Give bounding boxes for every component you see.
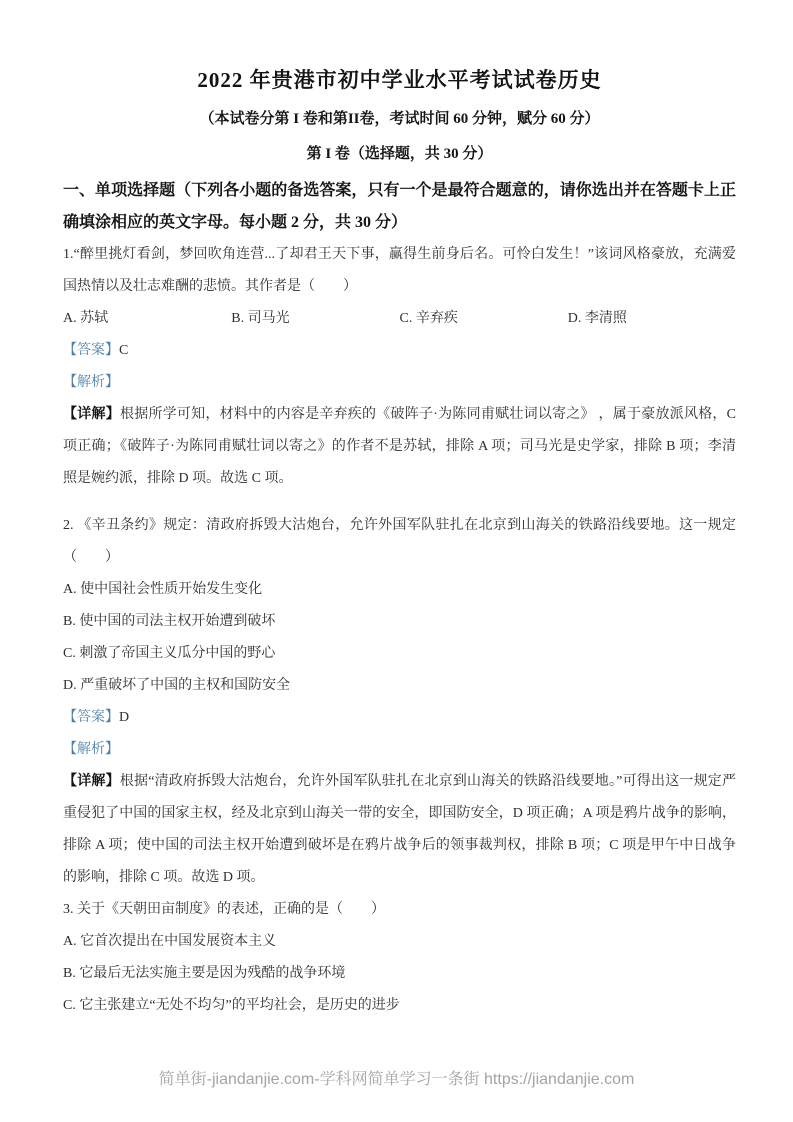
answer-value: C bbox=[119, 343, 128, 358]
question-stem: 3. 关于《天朝田亩制度》的表述，正确的是（ ） bbox=[63, 894, 736, 926]
detail-label: 【详解】 bbox=[63, 774, 120, 789]
option-item: C. 刺激了帝国主义瓜分中国的野心 bbox=[63, 638, 736, 670]
exam-info-line: （本试卷分第 I 卷和第II卷，考试时间 60 分钟，赋分 60 分） bbox=[63, 107, 736, 128]
question-number: 1. bbox=[63, 247, 74, 262]
question-stem: 1.“醉里挑灯看剑，梦回吹角连营...了却君王天下事，赢得生前身后名。可怜白发生… bbox=[63, 239, 736, 303]
option-item: B. 使中国的司法主权开始遭到破坏 bbox=[63, 606, 736, 638]
question-text: 关于《天朝田亩制度》的表述，正确的是（ ） bbox=[74, 902, 386, 917]
question-block: 3. 关于《天朝田亩制度》的表述，正确的是（ ）A. 它首次提出在中国发展资本主… bbox=[63, 894, 736, 1022]
page-title: 2022 年贵港市初中学业水平考试试卷历史 bbox=[63, 64, 736, 94]
detail-label: 【详解】 bbox=[63, 407, 120, 422]
detail-text: 根据“清政府拆毁大沽炮台，允许外国军队驻扎在北京到山海关的铁路沿线要地。”可得出… bbox=[63, 774, 736, 885]
question-number: 3. bbox=[63, 902, 74, 917]
questions-area: 1.“醉里挑灯看剑，梦回吹角连营...了却君王天下事，赢得生前身后名。可怜白发生… bbox=[63, 239, 736, 1022]
option-item: C. 辛弃疾 bbox=[400, 303, 568, 335]
analysis-line: 【解析】 bbox=[63, 367, 736, 399]
analysis-line: 【解析】 bbox=[63, 734, 736, 766]
option-item: A. 使中国社会性质开始发生变化 bbox=[63, 574, 736, 606]
question-block: 1.“醉里挑灯看剑，梦回吹角连营...了却君王天下事，赢得生前身后名。可怜白发生… bbox=[63, 239, 736, 495]
option-item: A. 它首次提出在中国发展资本主义 bbox=[63, 926, 736, 958]
detail-paragraph: 【详解】根据所学可知，材料中的内容是辛弃疾的《破阵子·为陈同甫赋壮词以寄之》 ，… bbox=[63, 399, 736, 495]
option-item: C. 它主张建立“无处不均匀”的平均社会，是历史的进步 bbox=[63, 990, 736, 1022]
analysis-label: 【解析】 bbox=[63, 375, 119, 390]
question-stem: 2. 《辛丑条约》规定：清政府拆毁大沽炮台，允许外国军队驻扎在北京到山海关的铁路… bbox=[63, 510, 736, 574]
answer-label: 【答案】 bbox=[63, 710, 119, 725]
option-item: B. 它最后无法实施主要是因为残酷的战争环境 bbox=[63, 958, 736, 990]
question-number: 2. bbox=[63, 518, 74, 533]
option-item: A. 苏轼 bbox=[63, 303, 231, 335]
question-text: 《辛丑条约》规定：清政府拆毁大沽炮台，允许外国军队驻扎在北京到山海关的铁路沿线要… bbox=[63, 518, 736, 565]
options-row: A. 苏轼B. 司马光C. 辛弃疾D. 李清照 bbox=[63, 303, 736, 335]
question-text: “醉里挑灯看剑，梦回吹角连营...了却君王天下事，赢得生前身后名。可怜白发生！”… bbox=[63, 247, 736, 294]
question-block: 2. 《辛丑条约》规定：清政府拆毁大沽炮台，允许外国军队驻扎在北京到山海关的铁路… bbox=[63, 510, 736, 894]
section-heading: 一、单项选择题（下列各小题的备选答案，只有一个是最符合题意的，请你选出并在答题卡… bbox=[63, 175, 736, 239]
analysis-label: 【解析】 bbox=[63, 742, 119, 757]
detail-paragraph: 【详解】根据“清政府拆毁大沽炮台，允许外国军队驻扎在北京到山海关的铁路沿线要地。… bbox=[63, 766, 736, 894]
answer-line: 【答案】D bbox=[63, 702, 736, 734]
detail-text: 根据所学可知，材料中的内容是辛弃疾的《破阵子·为陈同甫赋壮词以寄之》 ，属于豪放… bbox=[63, 407, 736, 486]
footer-watermark: 简单街-jiandanjie.com-学科网简单学习一条街 https://ji… bbox=[0, 1066, 793, 1089]
option-item: B. 司马光 bbox=[231, 303, 399, 335]
part-heading: 第 I 卷（选择题，共 30 分） bbox=[63, 142, 736, 163]
answer-label: 【答案】 bbox=[63, 343, 119, 358]
option-item: D. 严重破坏了中国的主权和国防安全 bbox=[63, 670, 736, 702]
option-item: D. 李清照 bbox=[568, 303, 736, 335]
answer-value: D bbox=[119, 710, 129, 725]
exam-document: 2022 年贵港市初中学业水平考试试卷历史 （本试卷分第 I 卷和第II卷，考试… bbox=[0, 64, 793, 1022]
answer-line: 【答案】C bbox=[63, 335, 736, 367]
